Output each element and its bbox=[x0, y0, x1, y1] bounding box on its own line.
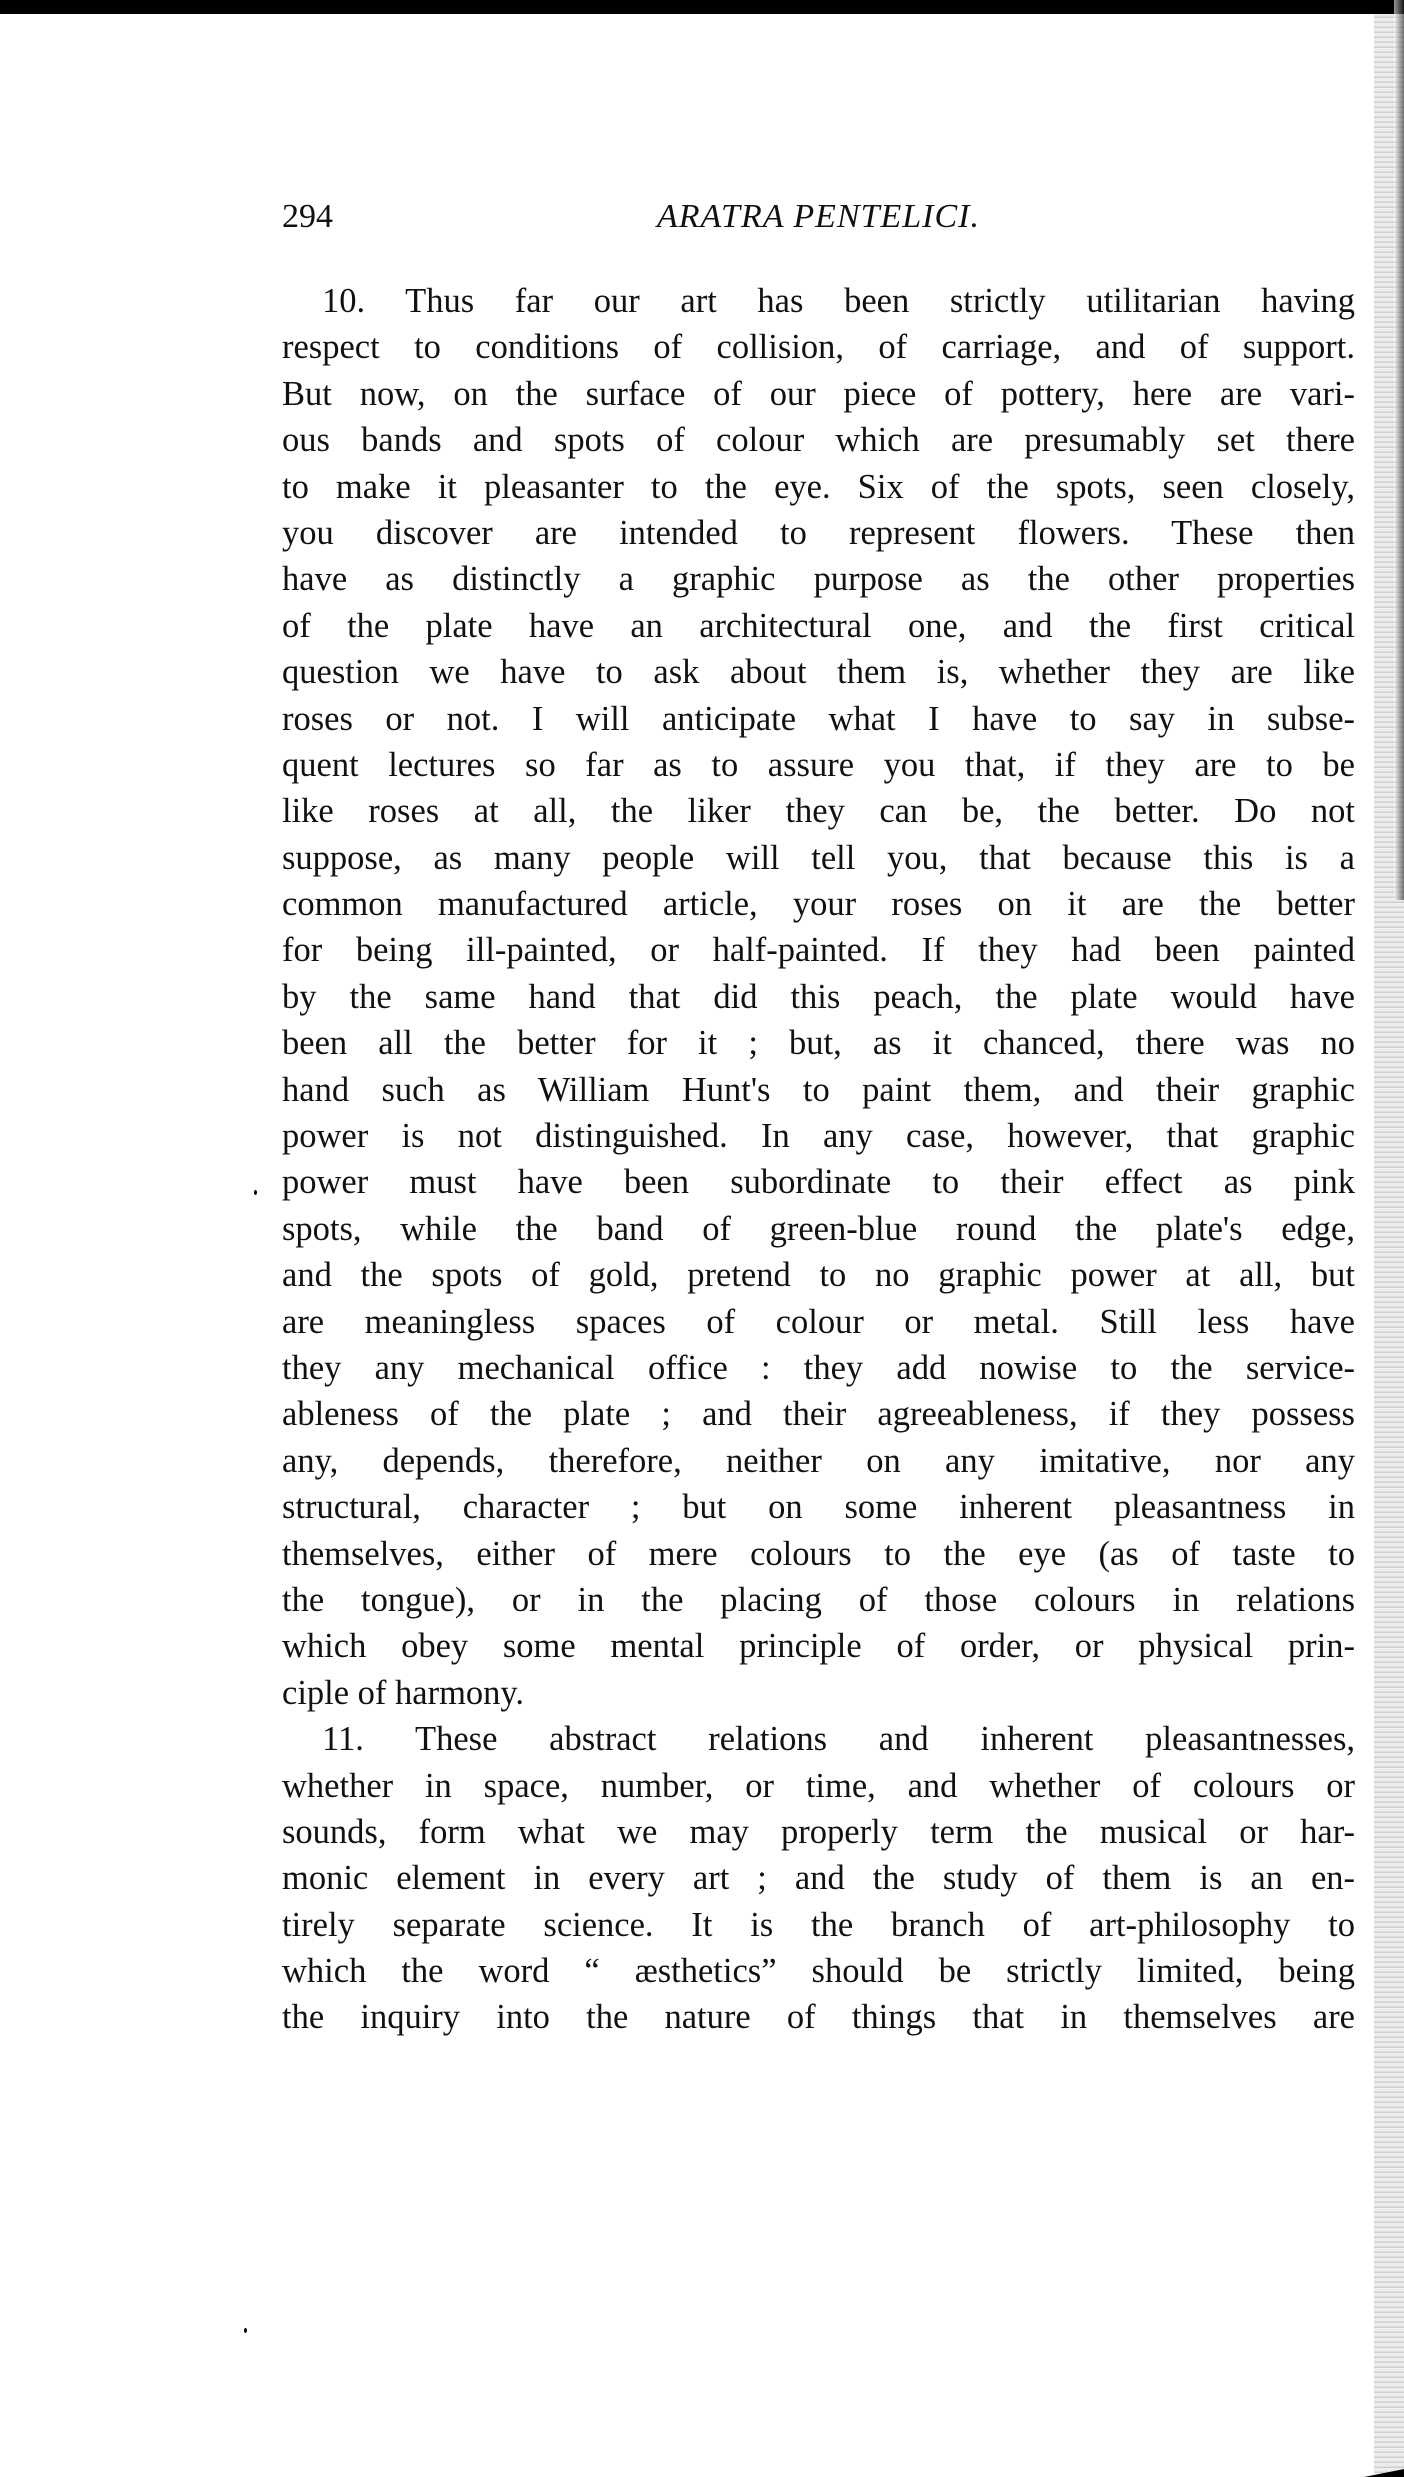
text-line: have as distinctly a graphic purpose as … bbox=[282, 556, 1355, 602]
text-line: are meaningless spaces of colour or meta… bbox=[282, 1299, 1355, 1345]
text-line: for being ill-painted, or half-painted. … bbox=[282, 927, 1355, 973]
text-line: the inquiry into the nature of things th… bbox=[282, 1994, 1355, 2040]
text-line: structural, character ; but on some inhe… bbox=[282, 1484, 1355, 1530]
text-line: monic element in every art ; and the stu… bbox=[282, 1855, 1355, 1901]
text-line: hand such as William Hunt's to paint the… bbox=[282, 1067, 1355, 1113]
text-line: question we have to ask about them is, w… bbox=[282, 649, 1355, 695]
text-line: roses or not. I will anticipate what I h… bbox=[282, 696, 1355, 742]
page-header: 294 ARATRA PENTELICI. bbox=[282, 198, 1355, 242]
text-line: spots, while the band of green-blue roun… bbox=[282, 1206, 1355, 1252]
text-line: 10. Thus far our art has been strictly u… bbox=[282, 278, 1355, 324]
text-line: the tongue), or in the placing of those … bbox=[282, 1577, 1355, 1623]
text-line: of the plate have an architectural one, … bbox=[282, 603, 1355, 649]
text-line: suppose, as many people will tell you, t… bbox=[282, 835, 1355, 881]
paragraph-11: 11. These abstract relations and inheren… bbox=[282, 1716, 1355, 2041]
text-line: power is not distinguished. In any case,… bbox=[282, 1113, 1355, 1159]
text-line: and the spots of gold, pretend to no gra… bbox=[282, 1252, 1355, 1298]
text-line: whether in space, number, or time, and w… bbox=[282, 1763, 1355, 1809]
text-line: like roses at all, the liker they can be… bbox=[282, 788, 1355, 834]
paragraph-10: 10. Thus far our art has been strictly u… bbox=[282, 278, 1355, 1716]
text-line: ableness of the plate ; and their agreea… bbox=[282, 1391, 1355, 1437]
text-line: ciple of harmony. bbox=[282, 1670, 1355, 1716]
text-line: which the word “ æsthetics” should be st… bbox=[282, 1948, 1355, 1994]
text-line: by the same hand that did this peach, th… bbox=[282, 974, 1355, 1020]
text-line: power must have been subordinate to thei… bbox=[282, 1159, 1355, 1205]
text-line: any, depends, therefore, neither on any … bbox=[282, 1438, 1355, 1484]
scan-speck bbox=[244, 2328, 247, 2333]
text-line: tirely separate science. It is the branc… bbox=[282, 1902, 1355, 1948]
text-line: you discover are intended to represent f… bbox=[282, 510, 1355, 556]
text-line: quent lectures so far as to assure you t… bbox=[282, 742, 1355, 788]
text-line: ous bands and spots of colour which are … bbox=[282, 417, 1355, 463]
body-text: 10. Thus far our art has been strictly u… bbox=[282, 278, 1355, 2041]
text-line: But now, on the surface of our piece of … bbox=[282, 371, 1355, 417]
scan-page-edge-shadow bbox=[1394, 0, 1404, 900]
text-line: which obey some mental principle of orde… bbox=[282, 1623, 1355, 1669]
text-line: 11. These abstract relations and inheren… bbox=[282, 1716, 1355, 1762]
text-line: respect to conditions of collision, of c… bbox=[282, 324, 1355, 370]
running-title: ARATRA PENTELICI. bbox=[282, 198, 1355, 236]
text-line: sounds, form what we may properly term t… bbox=[282, 1809, 1355, 1855]
scan-top-border bbox=[0, 0, 1404, 14]
text-line: to make it pleasanter to the eye. Six of… bbox=[282, 464, 1355, 510]
text-line: common manufactured article, your roses … bbox=[282, 881, 1355, 927]
text-line: been all the better for it ; but, as it … bbox=[282, 1020, 1355, 1066]
scan-speck bbox=[254, 1190, 257, 1195]
text-line: themselves, either of mere colours to th… bbox=[282, 1531, 1355, 1577]
text-line: they any mechanical office : they add no… bbox=[282, 1345, 1355, 1391]
